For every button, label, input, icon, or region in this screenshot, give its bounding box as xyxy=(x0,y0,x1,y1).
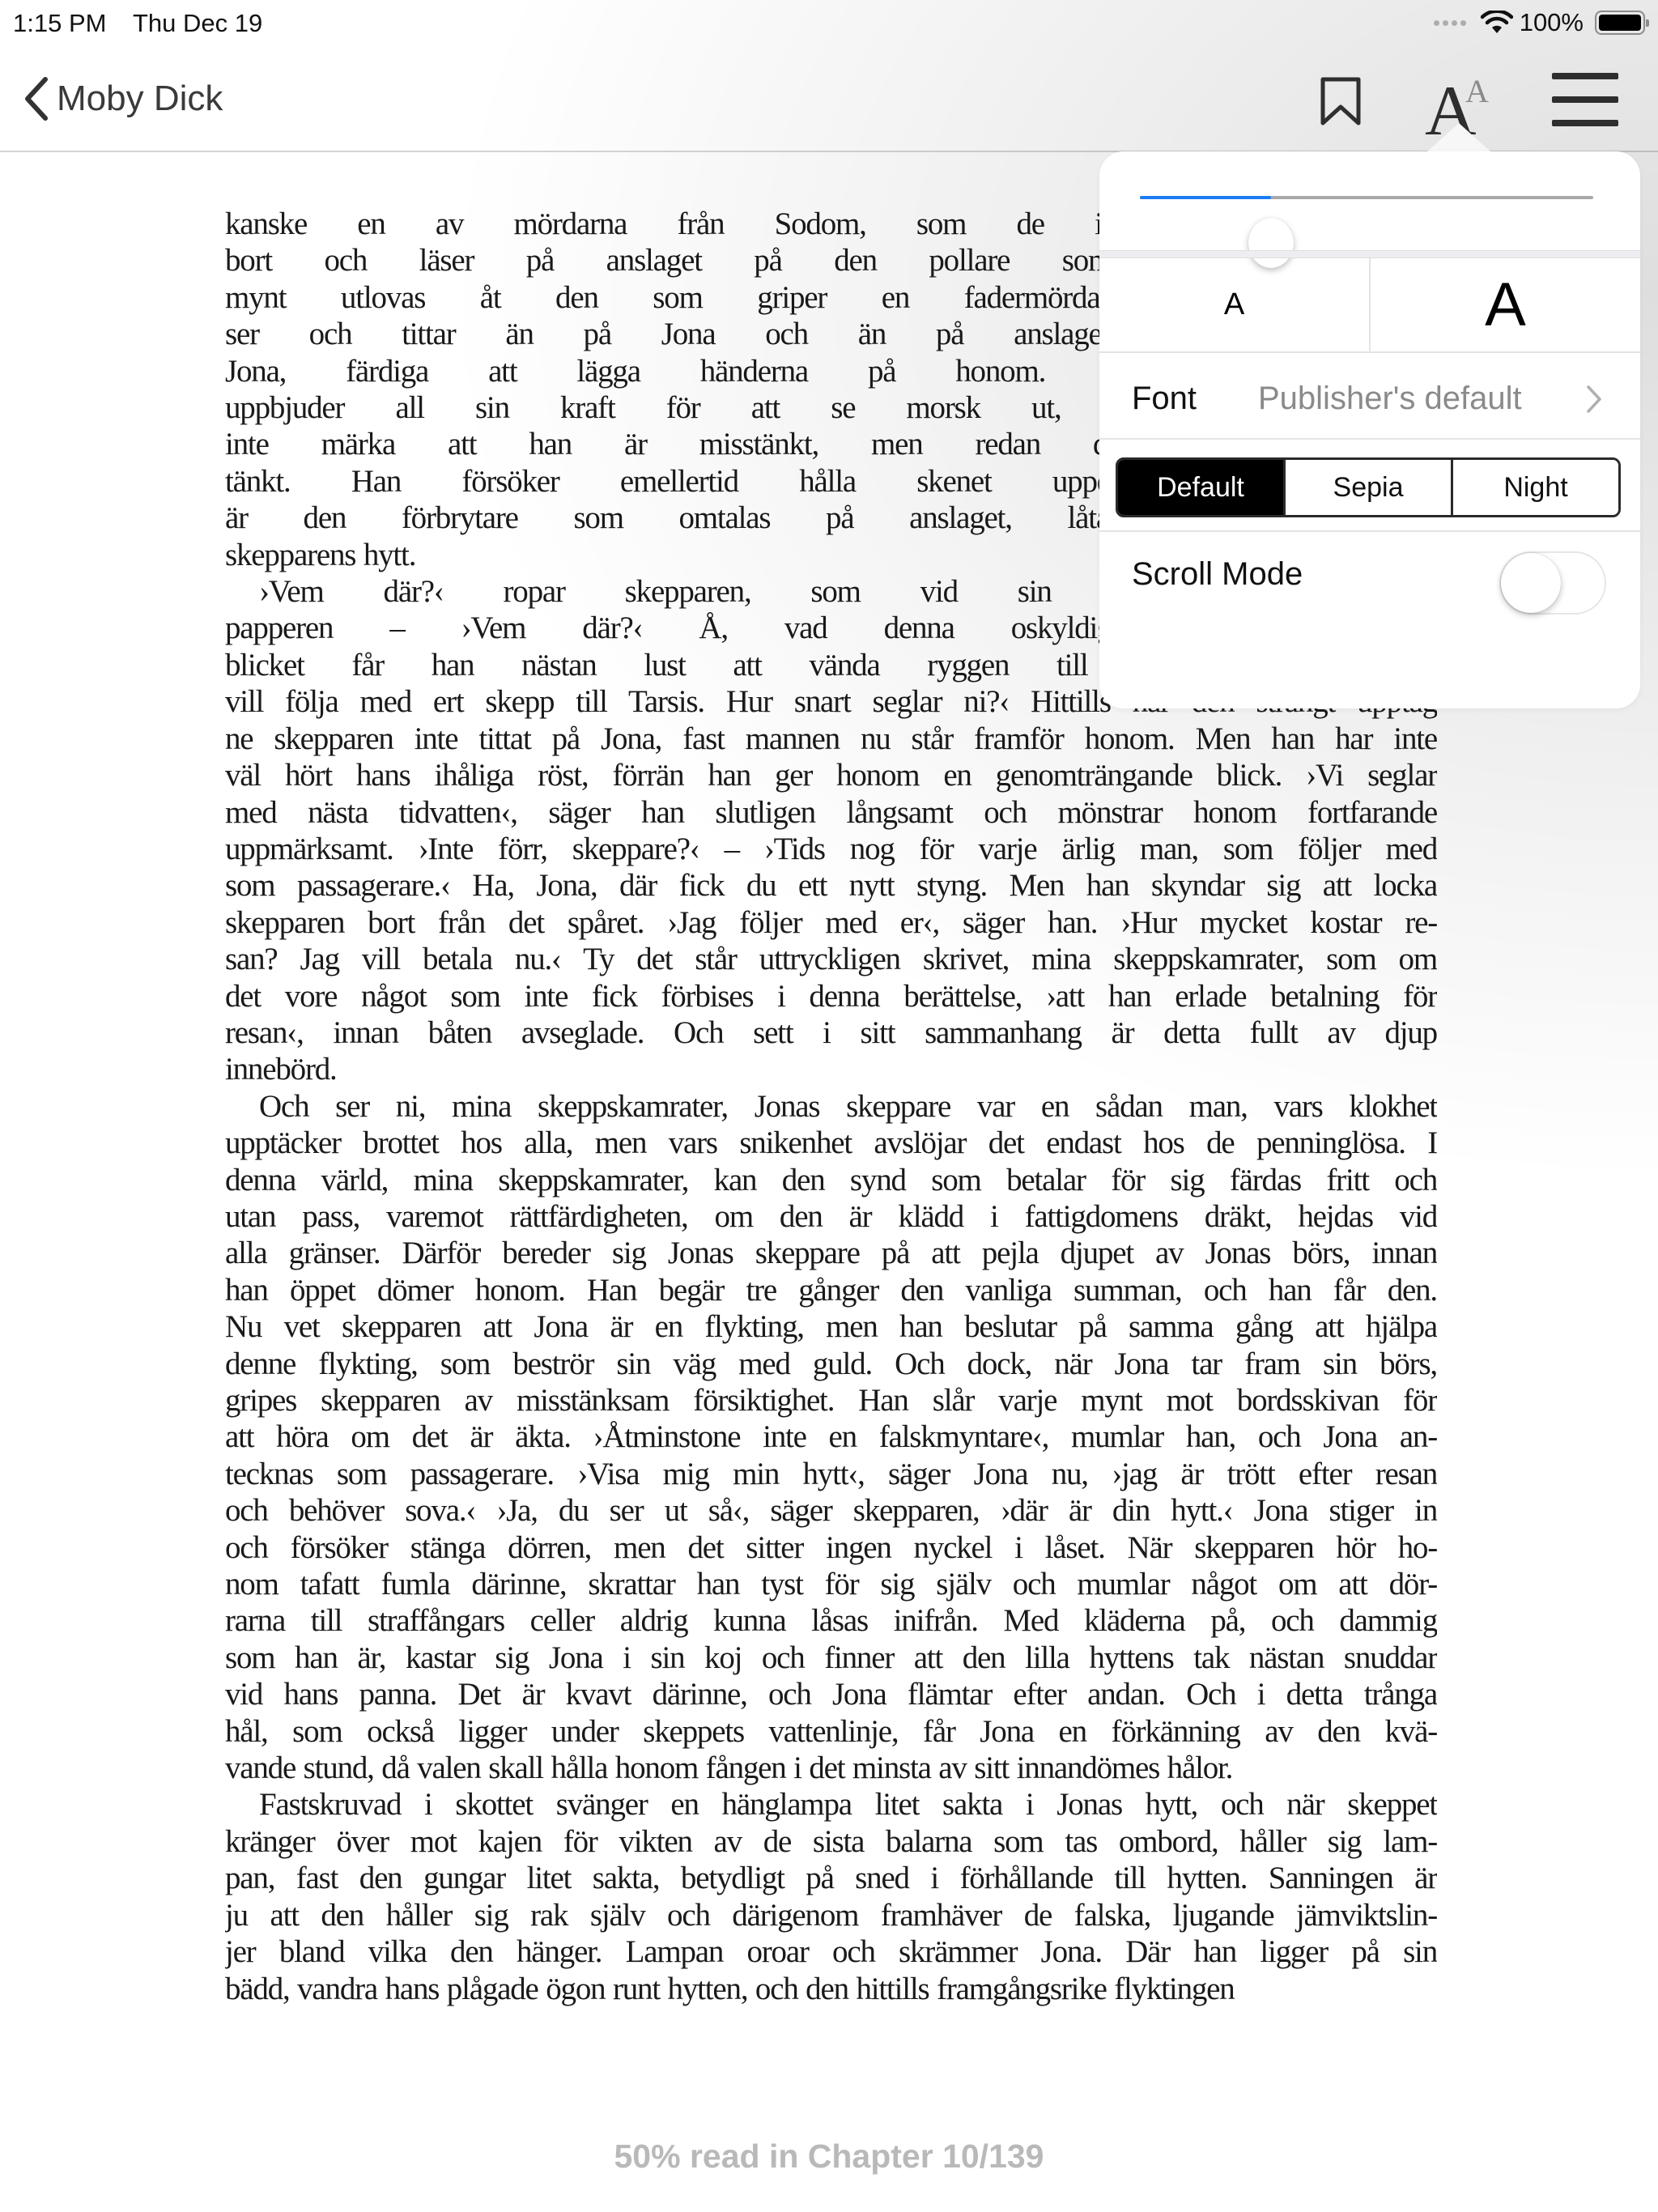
text-line: hål, som också ligger under skeppets vat… xyxy=(225,1713,1437,1750)
text-line: upptäcker brottet hos alla, men vars sni… xyxy=(225,1125,1437,1161)
reading-progress: 50% read in Chapter 10/139 xyxy=(0,2138,1658,2176)
reader-settings-popover: A A Font Publisher's default DefaultSepi… xyxy=(1099,151,1640,708)
book-paragraph: Fastskruvad i skottet svänger en hänglam… xyxy=(225,1786,1437,2006)
theme-option-default[interactable]: Default xyxy=(1118,460,1286,515)
increase-font-size-button[interactable]: A xyxy=(1371,258,1640,351)
text-line: denna värld, mina skeppskamrater, kan de… xyxy=(225,1162,1437,1198)
text-line: han öppet dömer honom. Han begär tre gån… xyxy=(225,1272,1437,1308)
text-line: skepparen bort från det spåret. ›Jag föl… xyxy=(225,904,1437,941)
theme-option-sepia[interactable]: Sepia xyxy=(1286,460,1453,515)
text-line: rarna till straffångars celler aldrig ku… xyxy=(225,1602,1437,1639)
battery-percent: 100% xyxy=(1520,8,1584,37)
text-line: att höra om det är äkta. ›Åtminstone int… xyxy=(225,1419,1437,1455)
toggle-knob xyxy=(1501,553,1561,613)
text-line: innebörd. xyxy=(225,1051,1437,1087)
text-line: Nu vet skepparen att Jona är en flykting… xyxy=(225,1308,1437,1345)
status-date: Thu Dec 19 xyxy=(133,9,262,38)
brightness-slider-row xyxy=(1099,151,1640,250)
text-line: gripes skepparen av misstänksam försikti… xyxy=(225,1382,1437,1419)
status-indicators: 100% xyxy=(1434,8,1645,37)
brightness-slider[interactable] xyxy=(1140,196,1593,199)
status-bar: 1:15 PM Thu Dec 19 100% xyxy=(0,0,1658,45)
cellular-signal-icon xyxy=(1434,20,1466,26)
status-time: 1:15 PM xyxy=(13,9,106,38)
text-line: med nästa tidvatten‹, säger han slutlige… xyxy=(225,794,1437,831)
text-line: kränger över mot kajen för vikten av de … xyxy=(225,1823,1437,1860)
font-value: Publisher's default xyxy=(1258,381,1522,417)
text-line: denne flykting, som beströr sin väg med … xyxy=(225,1346,1437,1382)
text-line: alla gränser. Därför bereder sig Jonas s… xyxy=(225,1235,1437,1271)
text-line: ju att den håller sig rak själv och däri… xyxy=(225,1897,1437,1933)
text-line: san? Jag vill betala nu.‹ Ty det står ut… xyxy=(225,941,1437,977)
text-line: vid hans panna. Det är kvavt därinne, oc… xyxy=(225,1676,1437,1712)
chevron-right-icon xyxy=(1585,384,1603,415)
text-line: ne skepparen inte tittat på Jona, fast m… xyxy=(225,721,1437,757)
wifi-icon xyxy=(1481,11,1513,35)
text-line: väl hört hans ihåliga röst, förrän han g… xyxy=(225,757,1437,793)
font-selector-row[interactable]: Font Publisher's default xyxy=(1099,355,1640,440)
menu-icon[interactable] xyxy=(1552,73,1618,126)
brightness-slider-fill xyxy=(1140,196,1271,199)
text-line: resan‹, innan båten avseglade. Och sett … xyxy=(225,1015,1437,1051)
scroll-mode-row: Scroll Mode xyxy=(1099,534,1640,623)
text-line: tecknas som passagerare. ›Visa mig min h… xyxy=(225,1456,1437,1492)
chevron-left-icon xyxy=(21,74,53,123)
text-line: uppmärksamt. ›Inte förr, skeppare?‹ – ›T… xyxy=(225,831,1437,867)
font-label: Font xyxy=(1132,381,1197,417)
text-line: pan, fast den gungar litet sakta, betydl… xyxy=(225,1860,1437,1896)
nav-bar: Moby Dick A A xyxy=(0,45,1658,152)
theme-option-night[interactable]: Night xyxy=(1453,460,1618,515)
theme-row: DefaultSepiaNight xyxy=(1099,441,1640,532)
font-size-row: A A xyxy=(1099,258,1640,353)
text-line: jer bland vilka den hänger. Lampan oroar… xyxy=(225,1933,1437,1970)
text-line: det vore något som inte fick förbises i … xyxy=(225,978,1437,1015)
battery-icon xyxy=(1595,11,1645,35)
section-separator xyxy=(1099,250,1640,258)
text-line: som passagerare.‹ Ha, Jona, där fick du … xyxy=(225,867,1437,904)
decrease-font-size-button[interactable]: A xyxy=(1099,258,1371,351)
text-line: utan pass, varemot rättfärdigheten, om d… xyxy=(225,1198,1437,1235)
bookmark-icon[interactable] xyxy=(1320,76,1362,126)
scroll-mode-label: Scroll Mode xyxy=(1132,556,1303,593)
text-line: vande stund, då valen skall hålla honom … xyxy=(225,1750,1437,1786)
svg-text:A: A xyxy=(1465,73,1489,109)
theme-segmented-control: DefaultSepiaNight xyxy=(1116,457,1621,517)
text-line: och behöver sova.‹ ›Ja, du ser ut så‹, s… xyxy=(225,1492,1437,1529)
book-paragraph: Och ser ni, mina skeppskamrater, Jonas s… xyxy=(225,1088,1437,1787)
text-line: Fastskruvad i skottet svänger en hänglam… xyxy=(225,1786,1437,1823)
text-line: nom tafatt fumla därinne, skrattar han t… xyxy=(225,1566,1437,1602)
text-line: som han är, kastar sig Jona i sin koj oc… xyxy=(225,1640,1437,1676)
text-line: bädd, vandra hans plågade ögon runt hytt… xyxy=(225,1971,1437,2007)
text-line: Och ser ni, mina skeppskamrater, Jonas s… xyxy=(225,1088,1437,1125)
text-line: och försöker stänga dörren, men det sitt… xyxy=(225,1529,1437,1566)
popover-arrow xyxy=(1426,123,1491,152)
back-button[interactable]: Moby Dick xyxy=(21,74,223,123)
scroll-mode-toggle[interactable] xyxy=(1499,551,1606,615)
book-title: Moby Dick xyxy=(57,79,223,119)
